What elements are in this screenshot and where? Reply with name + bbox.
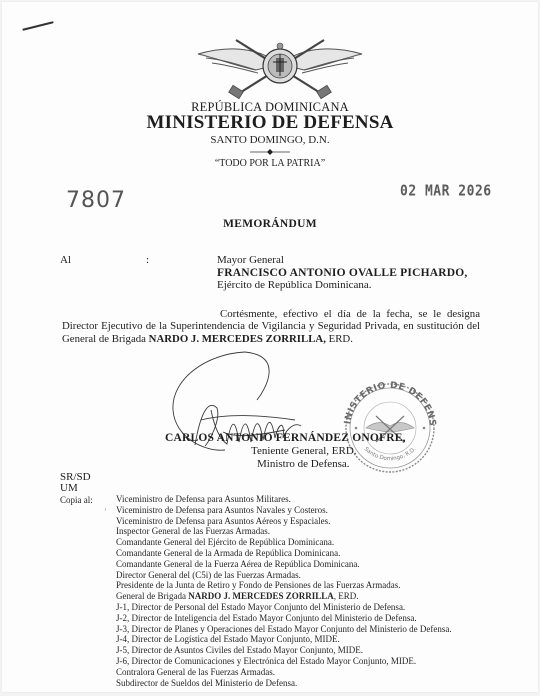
initials-line: UM <box>60 483 91 494</box>
header-ministry: MINISTERIO DE DEFENSA <box>0 112 540 134</box>
copy-recipient: Director General del (C5i) de las Fuerza… <box>116 570 452 581</box>
recipient-block: Mayor General FRANCISCO ANTONIO OVALLE P… <box>217 254 467 292</box>
copy-recipient: Inspector General de las Fuerzas Armadas… <box>116 526 452 537</box>
signer-title: Ministro de Defensa. <box>257 458 350 470</box>
copy-recipient-name: NARDO J. MERCEDES ZORRILLA <box>188 591 334 601</box>
copy-recipient: J-2, Director de Inteligencia del Estado… <box>116 613 452 624</box>
copy-recipient: Viceministro de Defensa para Asuntos Aér… <box>116 516 452 527</box>
pen-tick-mark: ʼ <box>104 507 107 516</box>
document-number: 7807 <box>66 188 126 213</box>
memo-title: MEMORÁNDUM <box>0 218 540 230</box>
recipient-name: FRANCISCO ANTONIO OVALLE PICHARDO, <box>217 267 467 280</box>
recipient-separator: : <box>146 254 149 266</box>
copy-recipient: Comandante General de la Fuerza Aérea de… <box>116 559 452 570</box>
ornament-divider-icon <box>250 148 290 156</box>
copy-recipient: Presidente de la Junta de Retiro y Fondo… <box>116 580 452 591</box>
signer-name: CARLOS ANTONIO FERNÁNDEZ ONOFRE, <box>165 432 406 444</box>
recipient-unit: Ejército de República Dominicana. <box>217 279 467 292</box>
copy-recipient: J-1, Director de Personal del Estado May… <box>116 602 452 613</box>
header-motto: “TODO POR LA PATRIA” <box>0 158 540 169</box>
copy-recipient: J-3, Director de Planes y Operaciones de… <box>116 624 452 635</box>
copy-recipient-suffix: , ERD. <box>334 591 359 601</box>
reference-initials: SR/SD UM <box>60 472 91 494</box>
copy-recipient: J-4, Director de Logística del Estado Ma… <box>116 634 452 645</box>
body-highlighted-name: NARDO J. MERCEDES ZORRILLA, <box>149 333 326 345</box>
recipient-label: Al <box>60 254 71 266</box>
official-seal-icon: MINISTERIO DE DEFENSA Santo Domingo, R.D… <box>336 378 444 474</box>
copy-recipient-prefix: General de Brigada <box>116 591 188 601</box>
body-suffix: ERD. <box>326 333 353 345</box>
date-stamp: 02 MAR 2026 <box>400 183 492 200</box>
copy-recipient: Comandante General de la Armada de Repúb… <box>116 548 452 559</box>
header-city: SANTO DOMINGO, D.N. <box>0 134 540 146</box>
copy-recipient: J-5, Director de Asuntos Civiles del Est… <box>116 645 452 656</box>
copy-recipient: Contralora General de las Fuerzas Armada… <box>116 667 452 678</box>
copy-recipient: Comandante General del Ejército de Repúb… <box>116 537 452 548</box>
copy-recipient: J-6, Director de Comunicaciones y Electr… <box>116 656 452 667</box>
copy-recipient: General de Brigada NARDO J. MERCEDES ZOR… <box>116 591 452 602</box>
recipient-rank: Mayor General <box>217 254 467 267</box>
ministry-emblem-icon <box>196 36 364 100</box>
copy-list: Viceministro de Defensa para Asuntos Mil… <box>116 494 452 688</box>
copy-recipient: Subdirector de Sueldos del Ministerio de… <box>116 678 452 689</box>
signer-rank: Teniente General, ERD. <box>251 445 357 457</box>
memo-body: Cortésmente, efectivo el día de la fecha… <box>62 308 480 345</box>
copy-recipient: Viceministro de Defensa para Asuntos Nav… <box>116 505 452 516</box>
copy-recipient: Viceministro de Defensa para Asuntos Mil… <box>116 494 452 505</box>
copy-label: Copia al: <box>60 495 93 505</box>
